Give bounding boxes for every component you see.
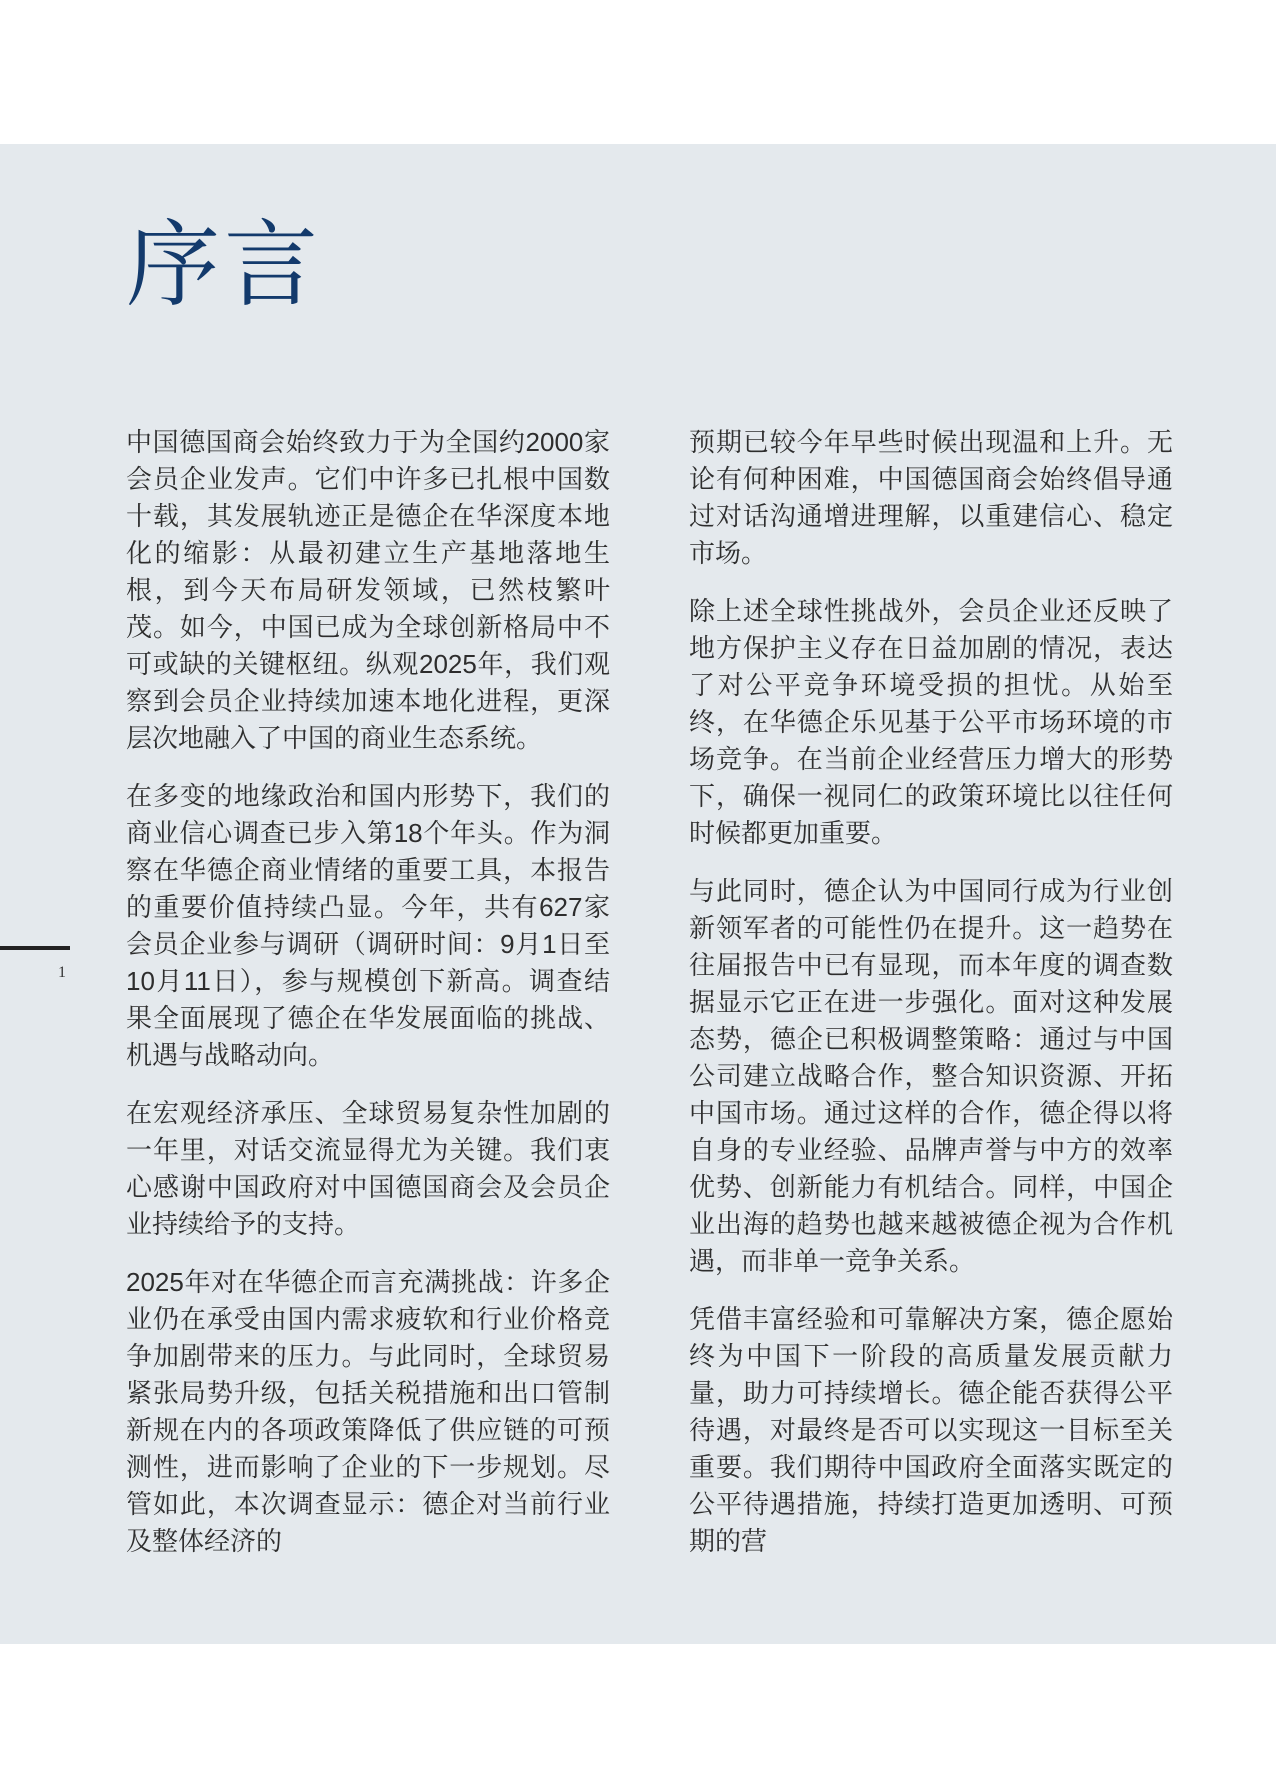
paragraph: 除上述全球性挑战外，会员企业还反映了地方保护主义存在日益加剧的情况，表达了对公平… (689, 593, 1173, 852)
paragraph: 凭借丰富经验和可靠解决方案，德企愿始终为中国下一阶段的高质量发展贡献力量，助力可… (689, 1301, 1173, 1560)
page-title: 序言 (126, 213, 322, 316)
body-columns: 中国德国商会始终致力于为全国约2000家会员企业发声。它们中许多已扎根中国数十载… (126, 424, 1173, 1560)
page-number-rule (0, 946, 70, 950)
paragraph: 与此同时，德企认为中国同行成为行业创新领军者的可能性仍在提升。这一趋势在往届报告… (689, 873, 1173, 1280)
page-number: 1 (0, 964, 70, 982)
paragraph: 在宏观经济承压、全球贸易复杂性加剧的一年里，对话交流显得尤为关键。我们衷心感谢中… (126, 1095, 610, 1243)
paragraph: 中国德国商会始终致力于为全国约2000家会员企业发声。它们中许多已扎根中国数十载… (126, 424, 610, 757)
left-column: 中国德国商会始终致力于为全国约2000家会员企业发声。它们中许多已扎根中国数十载… (126, 424, 610, 1560)
paragraph: 2025年对在华德企而言充满挑战：许多企业仍在承受由国内需求疲软和行业价格竞争加… (126, 1264, 610, 1560)
paragraph: 在多变的地缘政治和国内形势下，我们的商业信心调查已步入第18个年头。作为洞察在华… (126, 778, 610, 1074)
right-column: 预期已较今年早些时候出现温和上升。无论有何种困难，中国德国商会始终倡导通过对话沟… (689, 424, 1173, 1560)
paragraph: 预期已较今年早些时候出现温和上升。无论有何种困难，中国德国商会始终倡导通过对话沟… (689, 424, 1173, 572)
